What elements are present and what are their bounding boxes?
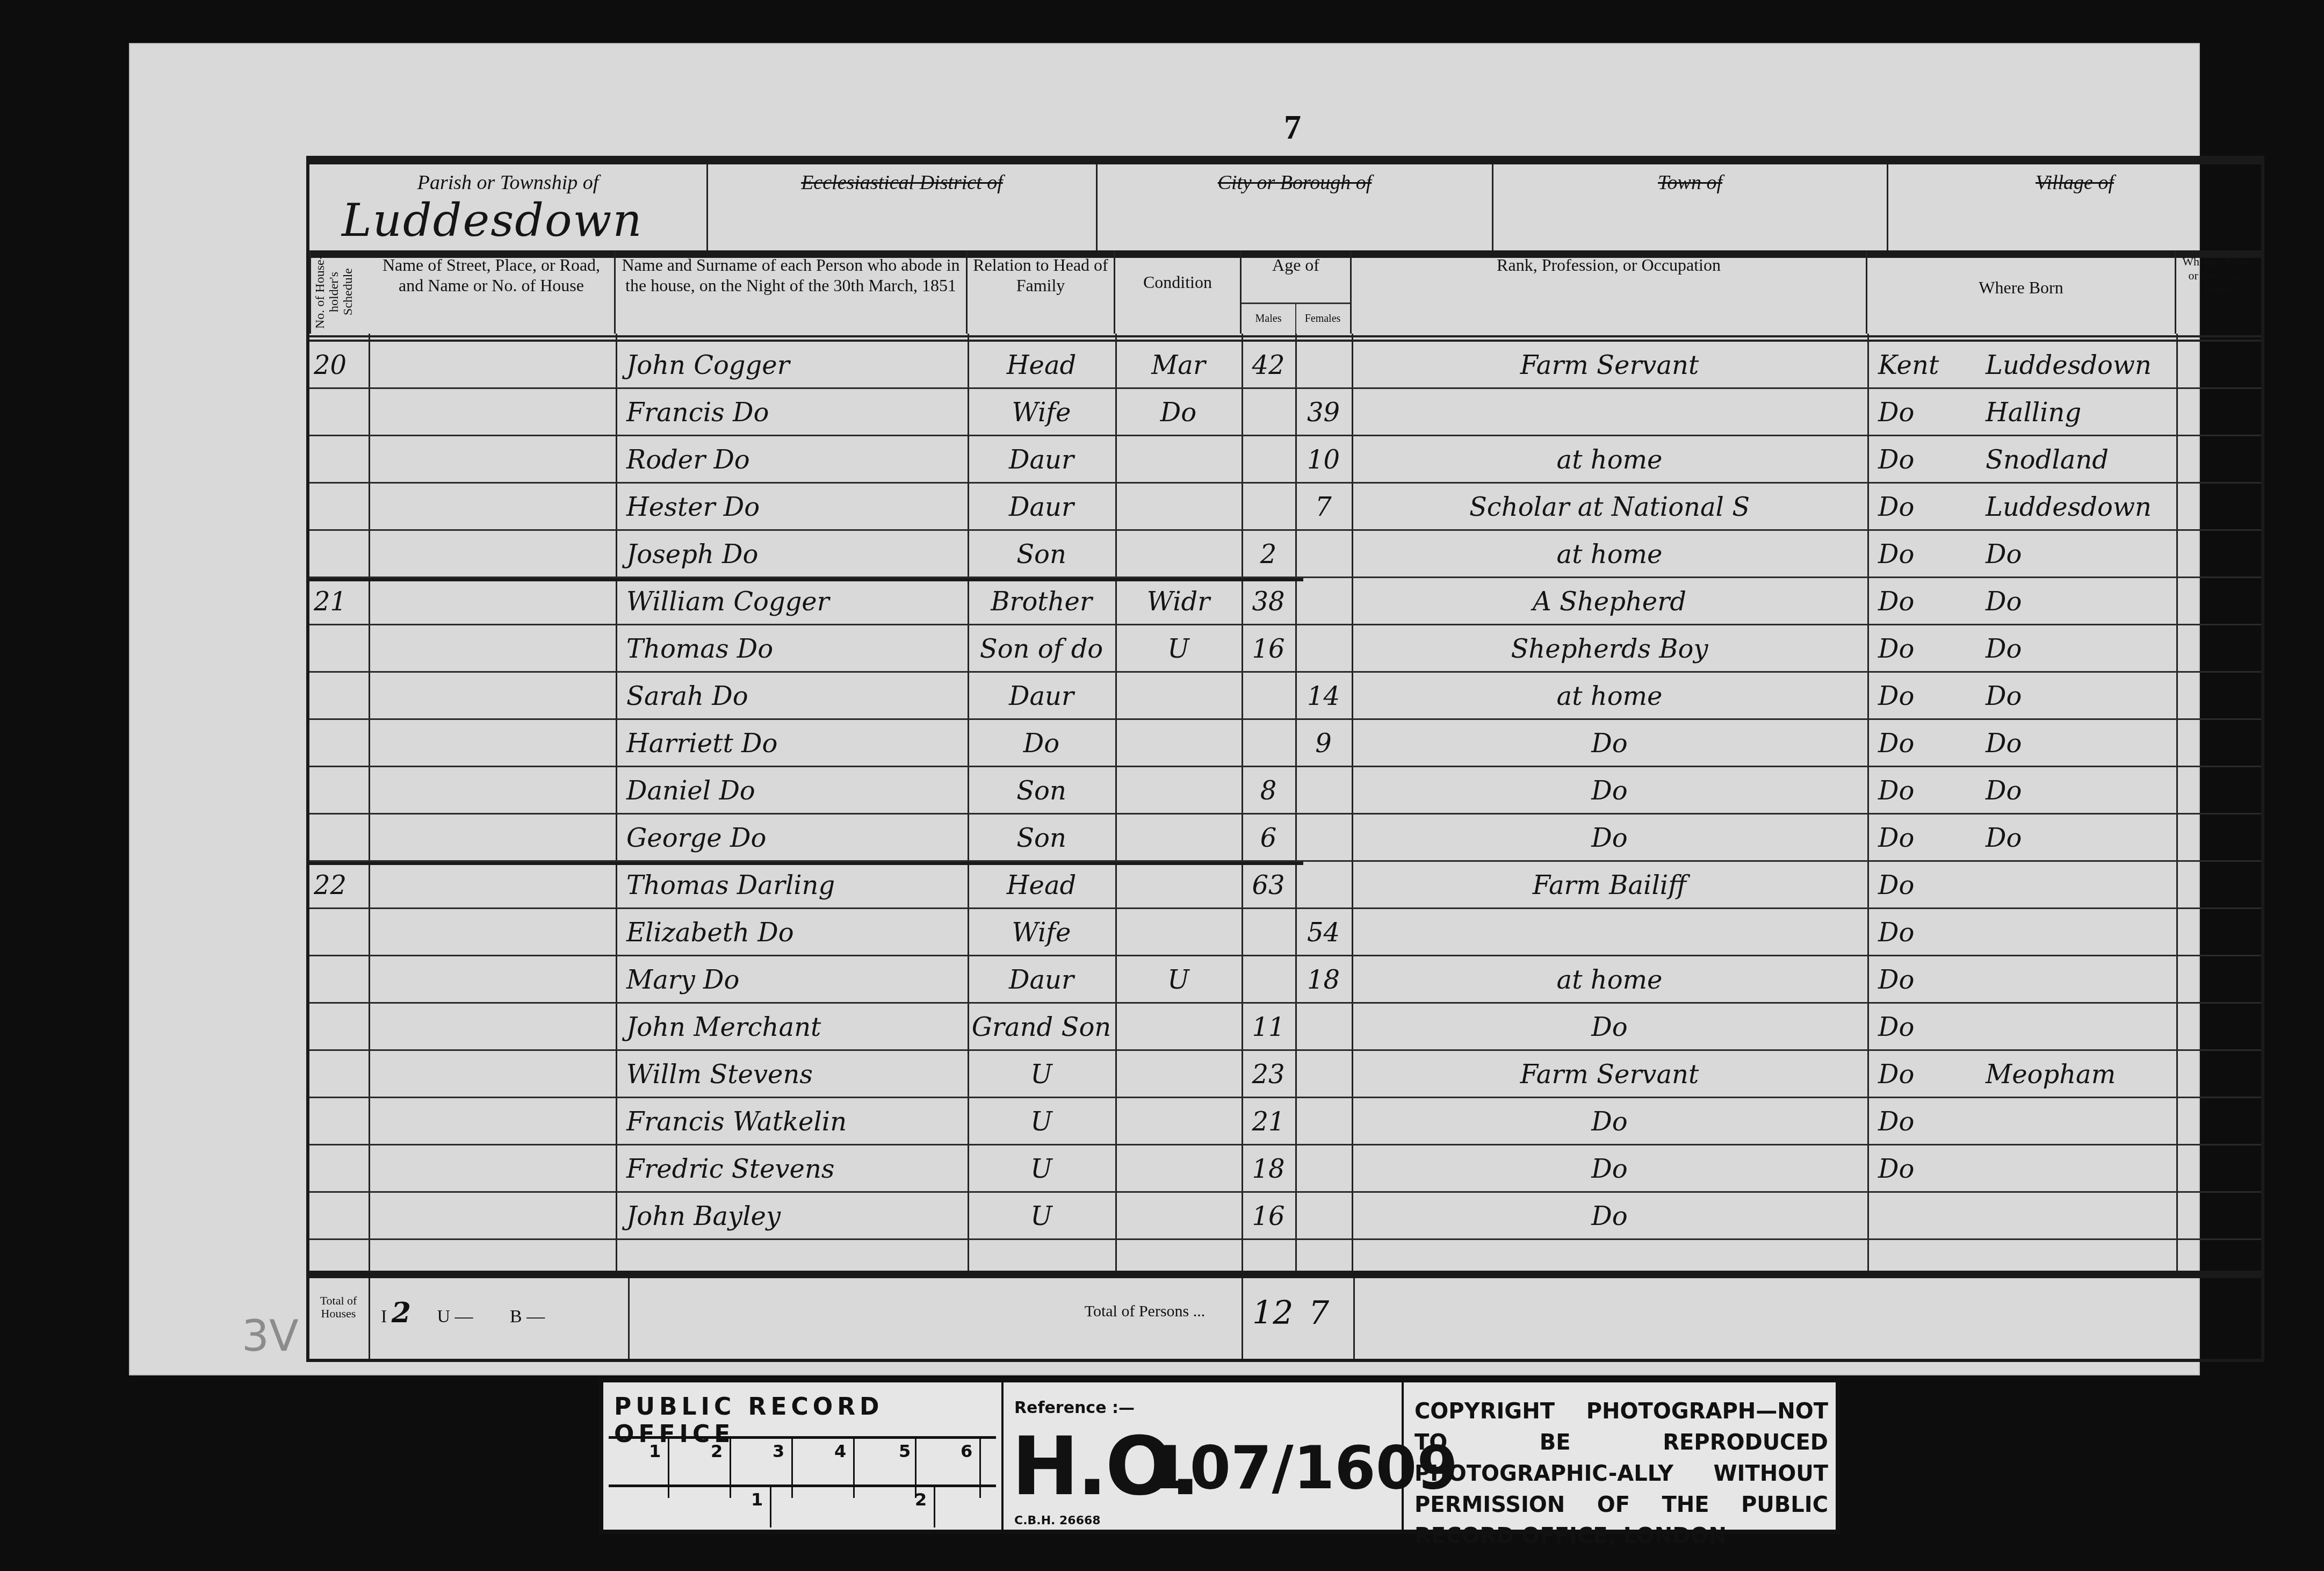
cell-condition bbox=[1115, 909, 1242, 956]
col-age: Age of Males Females bbox=[1242, 250, 1352, 334]
cell-relation: Brother bbox=[968, 578, 1115, 625]
col-where-born: Where Born bbox=[1867, 250, 2176, 334]
cell-born-place bbox=[1986, 1193, 2211, 1240]
cell-condition bbox=[1115, 862, 1242, 909]
cell-condition bbox=[1115, 1004, 1242, 1051]
cell-occupation: at home bbox=[1352, 531, 1867, 578]
cell-occupation: Do bbox=[1352, 815, 1867, 862]
cell-relation: Wife bbox=[968, 389, 1115, 436]
cell-born-place: Do bbox=[1986, 531, 2211, 578]
col-name: Name and Surname of each Person who abod… bbox=[616, 250, 968, 334]
table-row: Sarah DoDaur14at homeDoDo bbox=[309, 673, 2261, 720]
cell-condition bbox=[1115, 815, 1242, 862]
cell-schedule bbox=[314, 1145, 367, 1193]
ruler-label: 4 bbox=[834, 1441, 846, 1461]
cell-relation: Daur bbox=[968, 436, 1115, 484]
cell-born-county: Do bbox=[1878, 909, 1975, 956]
ruler-label: 3 bbox=[773, 1441, 784, 1461]
cell-born-county: Do bbox=[1878, 767, 1975, 815]
cell-born-county bbox=[1878, 1193, 1975, 1240]
building-value: — bbox=[526, 1307, 545, 1327]
cell-name: Willm Stevens bbox=[626, 1051, 965, 1098]
cell-occupation: Do bbox=[1352, 720, 1867, 767]
cell-schedule bbox=[314, 484, 367, 531]
cell-name: John Bayley bbox=[626, 1193, 965, 1240]
cell-relation: Daur bbox=[968, 673, 1115, 720]
cell-born-place bbox=[1986, 1145, 2211, 1193]
margin-note: 3V bbox=[242, 1311, 299, 1361]
page-number: 7 bbox=[1284, 107, 1301, 147]
cell-born-county: Do bbox=[1878, 1004, 1975, 1051]
cell-condition bbox=[1115, 767, 1242, 815]
ecclesiastical-cell: Ecclesiastical District of bbox=[708, 164, 1098, 250]
ruler-label: 1 bbox=[751, 1489, 763, 1510]
cell-age-m bbox=[1242, 909, 1295, 956]
table-row: Daniel DoSon8DoDoDo bbox=[309, 767, 2261, 815]
cell-relation: Son of do bbox=[968, 625, 1115, 673]
household-divider bbox=[309, 862, 1303, 865]
pro-ruler-section: PUBLIC RECORD OFFICE 1 2 3 4 5 6 1 2 bbox=[603, 1382, 1004, 1530]
table-row: 22Thomas DarlingHead63Farm BailiffDo bbox=[309, 862, 2261, 909]
cell-condition bbox=[1115, 531, 1242, 578]
cell-age-m bbox=[1242, 673, 1295, 720]
cell-name: Joseph Do bbox=[626, 531, 965, 578]
cell-condition bbox=[1115, 1145, 1242, 1193]
cell-born-place: Do bbox=[1986, 720, 2211, 767]
cell-relation: Daur bbox=[968, 484, 1115, 531]
cell-age-f bbox=[1295, 531, 1352, 578]
table-row: 20John CoggerHeadMar42Farm ServantKentLu… bbox=[309, 342, 2261, 389]
cell-age-f: 39 bbox=[1295, 389, 1352, 436]
cell-occupation bbox=[1352, 389, 1867, 436]
cell-name: Daniel Do bbox=[626, 767, 965, 815]
cell-age-m: 11 bbox=[1242, 1004, 1295, 1051]
table-row: 21William CoggerBrotherWidr38A ShepherdD… bbox=[309, 578, 2261, 625]
cell-schedule bbox=[314, 1004, 367, 1051]
uninhabited-prefix: U bbox=[437, 1307, 451, 1327]
cell-condition bbox=[1115, 1193, 1242, 1240]
cell-schedule bbox=[314, 720, 367, 767]
cell-born-county: Do bbox=[1878, 578, 1975, 625]
cell-age-m: 8 bbox=[1242, 767, 1295, 815]
table-row: John MerchantGrand Son11DoDo bbox=[309, 1004, 2261, 1051]
ecclesiastical-label: Ecclesiastical District of bbox=[801, 171, 1003, 194]
cell-born-county: Do bbox=[1878, 862, 1975, 909]
total-persons-females: 7 bbox=[1309, 1294, 1329, 1332]
cell-age-f bbox=[1295, 625, 1352, 673]
table-row: Fredric StevensU18DoDo bbox=[309, 1145, 2261, 1193]
cell-occupation: A Shepherd bbox=[1352, 578, 1867, 625]
cell-age-m: 6 bbox=[1242, 815, 1295, 862]
cell-schedule bbox=[314, 956, 367, 1004]
cell-born-county: Do bbox=[1878, 436, 1975, 484]
cell-born-place: Snodland bbox=[1986, 436, 2211, 484]
cell-age-m: 16 bbox=[1242, 1193, 1295, 1240]
total-persons-males: 12 bbox=[1252, 1294, 1293, 1332]
table-row: Hester DoDaur7Scholar at National SDoLud… bbox=[309, 484, 2261, 531]
cell-schedule: 22 bbox=[314, 862, 367, 909]
cell-name: John Cogger bbox=[626, 342, 965, 389]
copyright-notice: COPYRIGHT PHOTOGRAPH—NOT TO BE REPRODUCE… bbox=[1414, 1396, 1828, 1552]
cell-age-f bbox=[1295, 578, 1352, 625]
cell-name: Thomas Do bbox=[626, 625, 965, 673]
cell-schedule bbox=[314, 1098, 367, 1145]
totals-row: Total of Houses I 2 U — B — Total of Per… bbox=[309, 1271, 2261, 1359]
place-header: Parish or Township of Luddesdown Ecclesi… bbox=[309, 164, 2261, 258]
cell-name: Roder Do bbox=[626, 436, 965, 484]
cell-relation: U bbox=[968, 1193, 1115, 1240]
cell-relation: U bbox=[968, 1145, 1115, 1193]
col-blind: Whether Blind, or Deaf-and-Dumb bbox=[2176, 250, 2261, 334]
cell-relation: Son bbox=[968, 815, 1115, 862]
village-cell: Village of bbox=[1888, 164, 2261, 250]
cell-condition bbox=[1115, 436, 1242, 484]
cell-condition bbox=[1115, 1098, 1242, 1145]
cell-age-f bbox=[1295, 815, 1352, 862]
total-persons-label: Total of Persons ... bbox=[1051, 1305, 1239, 1318]
cell-age-f bbox=[1295, 767, 1352, 815]
cell-occupation: Shepherds Boy bbox=[1352, 625, 1867, 673]
building-prefix: B bbox=[510, 1307, 522, 1327]
header-rule bbox=[309, 335, 2261, 337]
col-street: Name of Street, Place, or Road, and Name… bbox=[369, 250, 616, 334]
cell-born-county: Do bbox=[1878, 484, 1975, 531]
cell-born-place: Halling bbox=[1986, 389, 2211, 436]
cell-relation: Daur bbox=[968, 956, 1115, 1004]
cell-age-f: 9 bbox=[1295, 720, 1352, 767]
cell-age-f: 7 bbox=[1295, 484, 1352, 531]
parish-cell: Parish or Township of Luddesdown bbox=[309, 164, 708, 250]
cell-name: Harriett Do bbox=[626, 720, 965, 767]
cell-name: John Merchant bbox=[626, 1004, 965, 1051]
table-row: George DoSon6DoDoDo bbox=[309, 815, 2261, 862]
total-houses-values: I 2 U — B — bbox=[369, 1278, 630, 1359]
cell-relation: Son bbox=[968, 531, 1115, 578]
cell-name: George Do bbox=[626, 815, 965, 862]
cell-born-place: Do bbox=[1986, 815, 2211, 862]
cell-age-f bbox=[1295, 1004, 1352, 1051]
cell-name: Francis Do bbox=[626, 389, 965, 436]
cell-age-f bbox=[1295, 1051, 1352, 1098]
total-houses-label: Total of Houses bbox=[312, 1294, 365, 1320]
cell-born-county: Do bbox=[1878, 815, 1975, 862]
cell-occupation: Do bbox=[1352, 1193, 1867, 1240]
table-row: Harriett DoDo9DoDoDo bbox=[309, 720, 2261, 767]
cell-condition bbox=[1115, 673, 1242, 720]
cell-relation: U bbox=[968, 1051, 1115, 1098]
inhabited-value: 2 bbox=[392, 1296, 411, 1329]
cell-age-m bbox=[1242, 484, 1295, 531]
cell-name: Sarah Do bbox=[626, 673, 965, 720]
table-row: Thomas DoSon of doU16Shepherds BoyDoDo bbox=[309, 625, 2261, 673]
cell-age-f: 54 bbox=[1295, 909, 1352, 956]
cell-born-place: Do bbox=[1986, 578, 2211, 625]
cell-name: William Cogger bbox=[626, 578, 965, 625]
cell-age-f: 10 bbox=[1295, 436, 1352, 484]
cell-condition: U bbox=[1115, 625, 1242, 673]
cell-condition bbox=[1115, 1051, 1242, 1098]
cell-occupation: Do bbox=[1352, 1145, 1867, 1193]
table-row: Elizabeth DoWife54Do bbox=[309, 909, 2261, 956]
cell-age-m bbox=[1242, 436, 1295, 484]
cell-age-f: 14 bbox=[1295, 673, 1352, 720]
cell-schedule bbox=[314, 767, 367, 815]
town-cell: Town of bbox=[1493, 164, 1888, 250]
cell-born-county: Do bbox=[1878, 956, 1975, 1004]
cell-age-m: 23 bbox=[1242, 1051, 1295, 1098]
cell-condition: Widr bbox=[1115, 578, 1242, 625]
cell-name: Elizabeth Do bbox=[626, 909, 965, 956]
cell-born-place: Do bbox=[1986, 767, 2211, 815]
cell-condition bbox=[1115, 484, 1242, 531]
cell-born-place bbox=[1986, 1004, 2211, 1051]
cell-occupation: Do bbox=[1352, 1004, 1867, 1051]
ruler-label: 6 bbox=[961, 1441, 972, 1461]
cell-schedule bbox=[314, 531, 367, 578]
cell-schedule bbox=[314, 909, 367, 956]
census-table: Parish or Township of Luddesdown Ecclesi… bbox=[306, 156, 2264, 1362]
cell-born-place bbox=[1986, 862, 2211, 909]
cell-age-f bbox=[1295, 1145, 1352, 1193]
cell-relation: Do bbox=[968, 720, 1115, 767]
cell-name: Thomas Darling bbox=[626, 862, 965, 909]
cell-relation: Head bbox=[968, 342, 1115, 389]
cell-condition bbox=[1115, 720, 1242, 767]
pro-reference-stamp: PUBLIC RECORD OFFICE 1 2 3 4 5 6 1 2 Ref… bbox=[599, 1378, 1840, 1534]
cell-age-f bbox=[1295, 342, 1352, 389]
ruler-label: 2 bbox=[915, 1489, 927, 1510]
reference-label: Reference :— bbox=[1014, 1399, 1135, 1417]
col-occupation: Rank, Profession, or Occupation bbox=[1352, 250, 1867, 334]
cell-relation: Wife bbox=[968, 909, 1115, 956]
cell-schedule bbox=[314, 815, 367, 862]
table-row: Willm StevensU23Farm ServantDoMeopham bbox=[309, 1051, 2261, 1098]
cell-age-m bbox=[1242, 720, 1295, 767]
cell-schedule: 20 bbox=[314, 342, 367, 389]
col-condition: Condition bbox=[1115, 250, 1242, 334]
cell-born-county: Do bbox=[1878, 1098, 1975, 1145]
col-relation: Relation to Head of Family bbox=[968, 250, 1115, 334]
cell-relation: U bbox=[968, 1098, 1115, 1145]
cell-born-county: Do bbox=[1878, 625, 1975, 673]
cell-schedule: 21 bbox=[314, 578, 367, 625]
household-divider bbox=[309, 578, 1303, 581]
table-row: Francis DoWifeDo39DoHalling bbox=[309, 389, 2261, 436]
cell-condition: Mar bbox=[1115, 342, 1242, 389]
uninhabited-value: — bbox=[455, 1307, 473, 1327]
cell-age-m: 18 bbox=[1242, 1145, 1295, 1193]
table-row: Mary DoDaurU18at homeDo bbox=[309, 956, 2261, 1004]
town-label: Town of bbox=[1658, 171, 1722, 194]
cell-age-m bbox=[1242, 956, 1295, 1004]
cell-schedule bbox=[314, 673, 367, 720]
cell-born-place: Meopham bbox=[1986, 1051, 2211, 1098]
ruler-label: 1 bbox=[649, 1441, 661, 1461]
cell-occupation: at home bbox=[1352, 956, 1867, 1004]
cell-born-place: Do bbox=[1986, 625, 2211, 673]
cell-name: Mary Do bbox=[626, 956, 965, 1004]
cell-occupation bbox=[1352, 909, 1867, 956]
col-age-label: Age of bbox=[1272, 255, 1319, 275]
cell-schedule bbox=[314, 436, 367, 484]
cell-born-county: Do bbox=[1878, 389, 1975, 436]
cell-schedule bbox=[314, 1051, 367, 1098]
cell-age-m bbox=[1242, 389, 1295, 436]
cell-age-m: 63 bbox=[1242, 862, 1295, 909]
cell-born-place bbox=[1986, 956, 2211, 1004]
table-row: Joseph DoSon2at homeDoDo bbox=[309, 531, 2261, 578]
cell-born-county: Do bbox=[1878, 1145, 1975, 1193]
cell-age-f bbox=[1295, 1098, 1352, 1145]
cell-born-county: Do bbox=[1878, 673, 1975, 720]
cell-occupation: Farm Servant bbox=[1352, 1051, 1867, 1098]
cell-age-m: 38 bbox=[1242, 578, 1295, 625]
cell-name: Hester Do bbox=[626, 484, 965, 531]
cell-age-m: 21 bbox=[1242, 1098, 1295, 1145]
cell-relation: Head bbox=[968, 862, 1115, 909]
cell-born-place bbox=[1986, 1098, 2211, 1145]
cell-schedule bbox=[314, 389, 367, 436]
cell-born-place: Do bbox=[1986, 673, 2211, 720]
city-label: City or Borough of bbox=[1218, 171, 1372, 194]
cell-condition: Do bbox=[1115, 389, 1242, 436]
inhabited-prefix: I bbox=[381, 1307, 387, 1327]
cell-age-f: 18 bbox=[1295, 956, 1352, 1004]
cell-occupation: Do bbox=[1352, 1098, 1867, 1145]
cell-age-f bbox=[1295, 862, 1352, 909]
parish-label: Parish or Township of bbox=[417, 171, 599, 194]
ruler-cm: 1 2 bbox=[609, 1484, 996, 1530]
col-age-females: Females bbox=[1295, 302, 1350, 334]
cell-name: Francis Watkelin bbox=[626, 1098, 965, 1145]
cell-relation: Grand Son bbox=[968, 1004, 1115, 1051]
cell-name: Fredric Stevens bbox=[626, 1145, 965, 1193]
cell-occupation: at home bbox=[1352, 436, 1867, 484]
cell-schedule bbox=[314, 1193, 367, 1240]
cell-born-county: Kent bbox=[1878, 342, 1975, 389]
cell-occupation: at home bbox=[1352, 673, 1867, 720]
cell-occupation: Scholar at National S bbox=[1352, 484, 1867, 531]
col-schedule: No. of House-holder's Schedule bbox=[309, 250, 369, 334]
cell-occupation: Do bbox=[1352, 767, 1867, 815]
cell-born-county: Do bbox=[1878, 531, 1975, 578]
cell-age-m: 2 bbox=[1242, 531, 1295, 578]
parish-value: Luddesdown bbox=[342, 194, 643, 247]
cell-born-county: Do bbox=[1878, 1051, 1975, 1098]
col-age-males: Males bbox=[1242, 302, 1296, 334]
village-label: Village of bbox=[2036, 171, 2114, 194]
table-row: Francis WatkelinU21DoDo bbox=[309, 1098, 2261, 1145]
cell-age-f bbox=[1295, 1193, 1352, 1240]
cell-occupation: Farm Bailiff bbox=[1352, 862, 1867, 909]
cbh-number: C.B.H. 26668 bbox=[1014, 1514, 1101, 1527]
table-row: John BayleyU16Do bbox=[309, 1193, 2261, 1240]
cell-schedule bbox=[314, 625, 367, 673]
cell-born-place bbox=[1986, 909, 2211, 956]
cell-age-m: 16 bbox=[1242, 625, 1295, 673]
table-row: Roder DoDaur10at homeDoSnodland bbox=[309, 436, 2261, 484]
cell-relation: Son bbox=[968, 767, 1115, 815]
ruler-label: 5 bbox=[899, 1441, 911, 1461]
cell-born-place: Luddesdown bbox=[1986, 484, 2211, 531]
reference-section: Reference :— H.O. 107/1609 C.B.H. 26668 bbox=[1004, 1382, 1404, 1530]
census-page: 7 Parish or Township of Luddesdown Eccle… bbox=[129, 43, 2200, 1375]
city-cell: City or Borough of bbox=[1098, 164, 1493, 250]
cell-condition: U bbox=[1115, 956, 1242, 1004]
cell-born-place: Luddesdown bbox=[1986, 342, 2211, 389]
copyright-section: COPYRIGHT PHOTOGRAPH—NOT TO BE REPRODUCE… bbox=[1404, 1382, 1836, 1530]
cell-occupation: Farm Servant bbox=[1352, 342, 1867, 389]
cell-born-county: Do bbox=[1878, 720, 1975, 767]
cell-age-m: 42 bbox=[1242, 342, 1295, 389]
ruler-label: 2 bbox=[711, 1441, 723, 1461]
